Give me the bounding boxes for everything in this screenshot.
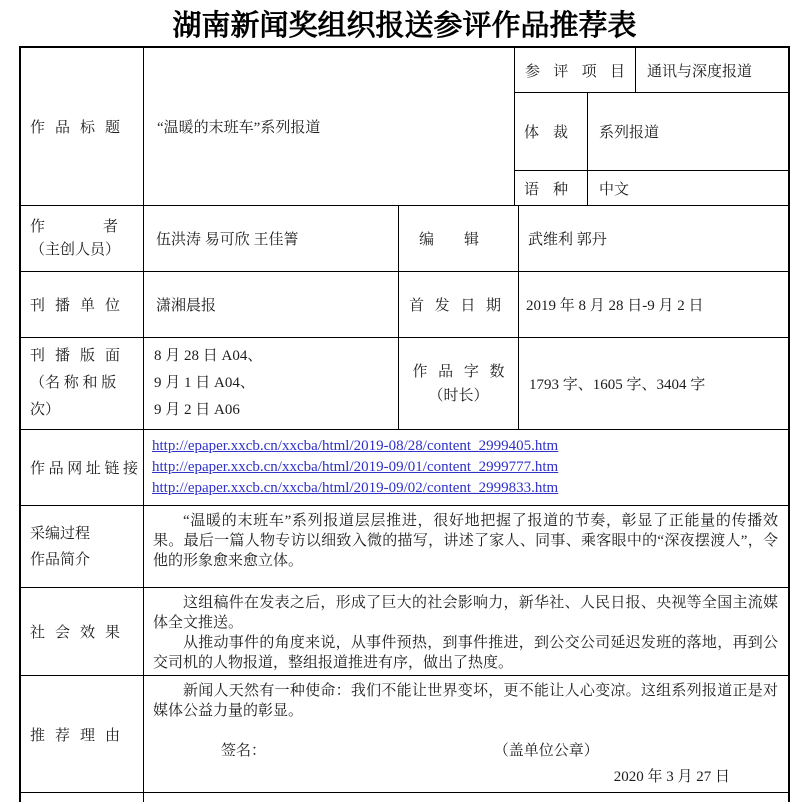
links-label: 作品网址链接: [30, 457, 138, 478]
first-date-label-cell: 首发日期: [398, 272, 518, 337]
work-url-link-1[interactable]: http://epaper.xxcb.cn/xxcba/html/2019-08…: [152, 436, 558, 457]
genre-value: 系列报道: [587, 93, 788, 170]
work-title-label-cell: 作品标题: [21, 48, 143, 205]
row-recommendation: 推荐理由 新闻人天然有一种使命：我们不能让世界变坏，更不能让人心变凉。这组系列报…: [21, 675, 788, 792]
pages-label-cell: 刊播版面 （名 称 和 版 次）: [21, 338, 143, 429]
editors-label: 编辑: [419, 228, 479, 249]
word-count-value: 1793 字、1605 字、3404 字: [518, 338, 788, 429]
url-list: http://epaper.xxcb.cn/xxcba/html/2019-08…: [152, 436, 558, 499]
authors-label: 作者 （主创人员）: [30, 216, 120, 262]
signature-label: 签名：: [221, 743, 266, 759]
editors-value: 武维利 郭丹: [518, 206, 788, 271]
work-url-link-3[interactable]: http://epaper.xxcb.cn/xxcba/html/2019-09…: [152, 478, 558, 499]
editors-label-cell: 编辑: [398, 206, 518, 271]
row-language: 语种 中文: [515, 170, 788, 205]
publisher-label-cell: 刊播单位: [21, 272, 143, 337]
publisher-label: 刊播单位: [30, 294, 120, 315]
row-process-intro: 采编过程 作品简介 “温暖的末班车”系列报道层层推进，很好地把握了报道的节奏，彰…: [21, 505, 788, 587]
process-intro-paragraph: “温暖的末班车”系列报道层层推进，很好地把握了报道的节奏，彰显了正能量的传播效果…: [153, 511, 778, 571]
word-count-label-cell: 作品字数 （时长）: [398, 338, 518, 429]
entry-category-label: 参评项目: [525, 60, 625, 81]
row-social-effect: 社会效果 这组稿件在发表之后，形成了巨大的社会影响力，新华社、人民日报、央视等全…: [21, 587, 788, 675]
row-authors: 作者 （主创人员） 伍洪涛 易可欣 王佳箐 编辑 武维利 郭丹: [21, 205, 788, 271]
entry-category-label-cell: 参评项目: [515, 48, 635, 92]
word-count-label-line2: （时长）: [428, 384, 488, 408]
social-effect-label: 社会效果: [30, 621, 120, 642]
first-date-label: 首发日期: [409, 294, 501, 315]
recommendation-label: 推荐理由: [30, 724, 120, 745]
genre-label: 体裁: [524, 121, 568, 142]
process-intro-label-cell: 采编过程 作品简介: [21, 506, 143, 587]
authors-label-cell: 作者 （主创人员）: [21, 206, 143, 271]
first-date-value: 2019 年 8 月 28 日-9 月 2 日: [518, 272, 788, 337]
genre-label-cell: 体裁: [515, 93, 587, 170]
row-work-title: 作品标题 “温暖的末班车”系列报道 参评项目 通讯与深度报道 体裁 系列报道 语…: [21, 48, 788, 205]
entry-category-value: 通讯与深度报道: [635, 48, 788, 92]
signature-line: 签名： （盖单位公章）: [153, 741, 778, 761]
recommendation-paragraph: 新闻人天然有一种使命：我们不能让世界变坏，更不能让人心变凉。这组系列报道正是对媒…: [153, 681, 778, 721]
row-pages: 刊播版面 （名 称 和 版 次） 8 月 28 日 A04、 9 月 1 日 A…: [21, 337, 788, 429]
recommendation-label-cell: 推荐理由: [21, 676, 143, 792]
authors-value: 伍洪涛 易可欣 王佳箐: [143, 206, 398, 271]
language-value: 中文: [587, 171, 788, 205]
row-genre: 体裁 系列报道: [515, 92, 788, 170]
publisher-value: 潇湘晨报: [143, 272, 398, 337]
links-label-cell: 作品网址链接: [21, 430, 143, 505]
social-effect-text-cell: 这组稿件在发表之后，形成了巨大的社会影响力，新华社、人民日报、央视等全国主流媒体…: [143, 588, 788, 675]
links-value-cell: http://epaper.xxcb.cn/xxcba/html/2019-08…: [143, 430, 788, 505]
row-publisher: 刊播单位 潇湘晨报 首发日期 2019 年 8 月 28 日-9 月 2 日: [21, 271, 788, 337]
recommendation-text-cell: 新闻人天然有一种使命：我们不能让世界变坏，更不能让人心变凉。这组系列报道正是对媒…: [143, 676, 788, 792]
row-empty-partial: [21, 792, 788, 802]
recommendation-date: 2020 年 3 月 27 日: [153, 767, 778, 787]
empty-content-cell: [143, 793, 788, 802]
pages-value: 8 月 28 日 A04、 9 月 1 日 A04、 9 月 2 日 A06: [143, 338, 398, 429]
work-title-value: “温暖的末班车”系列报道: [143, 48, 514, 205]
social-effect-paragraph-1: 这组稿件在发表之后，形成了巨大的社会影响力，新华社、人民日报、央视等全国主流媒体…: [153, 593, 778, 633]
language-label-cell: 语种: [515, 171, 587, 205]
pages-label: 刊播版面 （名 称 和 版 次）: [30, 343, 120, 424]
process-intro-text-cell: “温暖的末班车”系列报道层层推进，很好地把握了报道的节奏，彰显了正能量的传播效果…: [143, 506, 788, 587]
word-count-label-line1: 作品字数: [413, 360, 505, 384]
seal-label: （盖单位公章）: [494, 743, 599, 759]
social-effect-label-cell: 社会效果: [21, 588, 143, 675]
recommendation-form-table: 作品标题 “温暖的末班车”系列报道 参评项目 通讯与深度报道 体裁 系列报道 语…: [19, 46, 790, 802]
process-intro-label: 采编过程 作品简介: [30, 521, 90, 573]
page-title: 湖南新闻奖组织报送参评作品推荐表: [0, 8, 809, 42]
row-entry-category: 参评项目 通讯与深度报道: [515, 48, 788, 92]
work-url-link-2[interactable]: http://epaper.xxcb.cn/xxcba/html/2019-09…: [152, 457, 558, 478]
language-label: 语种: [524, 178, 568, 199]
empty-label-cell: [21, 793, 143, 802]
category-stack: 参评项目 通讯与深度报道 体裁 系列报道 语种 中文: [514, 48, 788, 205]
social-effect-paragraph-2: 从推动事件的角度来说，从事件预热，到事件推进，到公交公司延迟发班的落地，再到公交…: [153, 633, 778, 673]
row-links: 作品网址链接 http://epaper.xxcb.cn/xxcba/html/…: [21, 429, 788, 505]
work-title-label: 作品标题: [30, 116, 120, 137]
